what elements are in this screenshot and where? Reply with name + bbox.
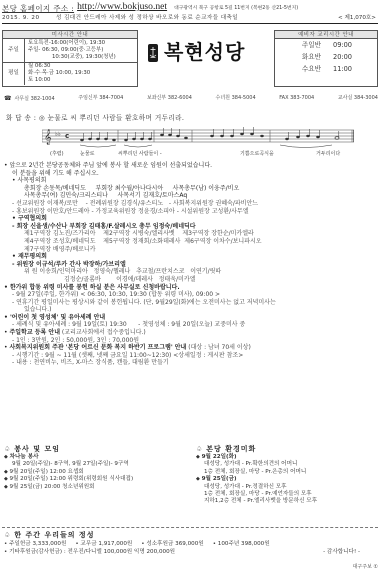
welfare-line: - 내용 : 천연비누, 비즈, X-마스 장식품, 캔들, 대림환 만들기	[4, 359, 378, 367]
mass-schedule-title: 미사시간 안내	[3, 31, 137, 39]
church-name: 복현성당	[164, 40, 245, 65]
pastoral-council-title: 사목평의회	[4, 177, 378, 185]
environment-date: 9월 25일(금)	[196, 476, 380, 483]
issue-date: 2015. 9. 20	[2, 15, 56, 22]
class-label: 수요반	[275, 65, 333, 73]
spade-icon: ♤	[4, 445, 11, 453]
environment-line: 대성당, 성가대 - Pr.확한의견의 어머니	[196, 461, 380, 468]
committee-line: - 선교위원장 이재복/로만 - 전례위원장 김경식/유스티노 - 사회복지위원…	[4, 200, 378, 208]
feast-title: 성 김대건 안드레아 사제와 성 정하상 바오로와 동료 순교자들 대축일	[56, 15, 338, 22]
thanks-text: - 감사합니다! -	[323, 548, 360, 556]
volunteer-section: ♤봉사 및 모임 차나눔 봉사 9월 20일(주일)- 8구역, 9월 27일(…	[4, 444, 190, 491]
lyric-fragment: 씨뿌리던 사람들이 -	[118, 151, 162, 157]
footer-publisher: 대구주보 ①	[353, 564, 378, 570]
lyric-fragment: 거두리이다	[316, 151, 340, 157]
mass-time-line: 10:30(교중), 19:30(청년)	[28, 54, 134, 61]
contact-item: FAX 383-7004	[279, 95, 314, 103]
church-logo-icon	[148, 44, 158, 62]
district-line: 제4구역장 조성호/베네딕도 제5구역장 정재회/소화데레사 제6구역장 이차수…	[4, 238, 378, 246]
mass-time-line: 토요특전-16:00(어린이), 19:30	[28, 40, 134, 47]
catechumen-title: 예비자 교리시간 안내	[275, 31, 377, 39]
homepage-url-link[interactable]: http://www.bokjuso.net	[77, 1, 167, 13]
offerings-section: ♤한 주간 우리들의 정성 • 주일헌금 3,333,000원• 교무금 1,9…	[4, 530, 378, 556]
notice-election: 앞으로 2년간 본당공동체와 주님 앞에 봉사 할 새로운 임원이 선출되었습니…	[4, 162, 378, 170]
catechumen-row: 주일반 09:00	[275, 39, 377, 51]
volunteer-item: 9월 20일(주일) 12:00 위령회(위령회원 식사대접)	[4, 476, 190, 483]
date-line: 2015. 9. 20 성 김대건 안드레아 사제와 성 정하상 바오로와 동료…	[2, 14, 378, 24]
volunteer-item: 9월 25일(금) 20:00 청소년위원회	[4, 484, 190, 491]
offerings-line: • 주일헌금 3,333,000원• 교무금 1,917,000원• 성소후원금…	[4, 540, 378, 548]
contact-bar: ☎사무실 382-1004 주임신부 384-7004 보좌신부 382-600…	[4, 95, 378, 103]
lyric-fragment: 눈물로	[80, 151, 95, 157]
homepage-label: 본당 홈페이지 주소 :	[2, 4, 74, 13]
svg-text:𝄞: 𝄞	[44, 130, 52, 145]
class-time: 11:00	[333, 65, 352, 73]
church-address: 대구광역시 북구 공항로 5길 11번지 (복현2동 산21-5번지)	[174, 6, 298, 13]
welfare-program-notice: 사회복지위원회 주관 '본당 어르신 문화 복지 하반기 프로그램' 안내 (대…	[4, 344, 378, 352]
class-time: 20:00	[333, 53, 352, 61]
council-members-line: 사목총무(여) 김민숙/크리스티나 사목서기 김재호/토마스Aq	[4, 192, 378, 200]
finance-council-title: 재무평의회	[4, 253, 378, 261]
class-label: 주일반	[275, 41, 333, 49]
catechumen-row: 수요반 11:00	[275, 63, 377, 75]
finance-members-line: 김정순/골롬바 이경애/데레사 정태욱/미카엘	[4, 276, 378, 284]
lyric-fragment: 기쁨으로곡식을	[240, 151, 274, 157]
contact-item: ☎사무실 382-1004	[4, 95, 55, 103]
class-label: 화요반	[275, 53, 333, 61]
contact-item: 수녀원 384-5004	[215, 95, 255, 103]
notice-line: 이 분들을 위해 기도 해 주십시오.	[4, 170, 378, 178]
homepage-line: 본당 홈페이지 주소 : http://www.bokjuso.net 대구광역…	[2, 1, 378, 13]
chuseok-line: - 연휴기간 평일미사는 평상시와 같이 봉헌됩니다. (단, 9월29일(화)…	[4, 299, 378, 307]
mass-row-label: 주일	[3, 39, 25, 62]
svg-text:c: c	[65, 132, 69, 140]
contact-item: 보좌신부 382-6004	[147, 95, 192, 103]
environment-line: 대성당, 성가대 - Pr.정결하신 모후	[196, 484, 380, 491]
section-divider	[2, 527, 378, 528]
environment-line: 지하1,2층 전체 - Pr.엘리사벳을 방문하신 모후	[196, 498, 380, 505]
mass-row-sunday: 주일 토요특전-16:00(어린이), 19:30 주일- 06:30, 09:…	[3, 39, 137, 63]
chuseok-notice-title: 한가위 합동 위령 미사를 봉헌 하실 분은 사무실로 신청바랍니다.	[4, 284, 378, 292]
mass-time-line: 토 10:00	[28, 77, 134, 84]
district-line: 제7구역장 배영주/베로니카	[4, 246, 378, 254]
environment-section: ♤본당 환경미화 9월 22일(화) 대성당, 성가대 - Pr.확한의견의 어…	[196, 444, 380, 506]
committee-line: - 홍보위원장 이만호/안드레아 - 가정교육위원장 정윤경/소피아 - 시설위…	[4, 208, 378, 216]
spade-icon: ♤	[4, 531, 11, 539]
environment-section-title: ♤본당 환경미화	[196, 444, 380, 454]
notices-section: 앞으로 2년간 본당공동체와 주님 앞에 봉사 할 새로운 임원이 선출되었습니…	[4, 162, 378, 367]
first-communion-line: - 세례식 및 유아세례 : 9월 19일(토) 19:30 - 첫영성체 : …	[4, 321, 378, 329]
svg-text:♭♭: ♭♭	[55, 131, 61, 138]
mass-time-line: 주일- 06:30, 09:00(중·고등부)	[28, 47, 134, 54]
music-score-image: 𝄞 ♭♭ c	[42, 124, 354, 152]
chuseok-line: - 9월 27일(주일, 한가위) < 06:30, 10:30, 19:30 …	[4, 291, 378, 299]
lyric-fragment: (후렴)	[50, 151, 64, 157]
contact-item: 주임신부 384-7004	[78, 95, 123, 103]
responsorial-psalm: 화 답 송 : ◎ 눈물로 씨 뿌리던 사람들 환호하며 거두리라.	[6, 114, 184, 122]
district-line: 제1구역장 김노진/즈가리아 제2구역장 시병숙/엘리사벳 제3구역장 장한순/…	[4, 230, 378, 238]
finance-members-line: 위 원 이송희/인덕마리아 정영숙/헬레나 추교철/프란치스코 이연기/릿따	[4, 268, 378, 276]
volunteer-section-title: ♤봉사 및 모임	[4, 444, 190, 454]
chuseok-line: 있습니다.)	[4, 306, 378, 314]
mass-schedule-box: 미사시간 안내 주일 토요특전-16:00(어린이), 19:30 주일- 06…	[2, 30, 138, 87]
catechumen-schedule-box: 예비자 교리시간 안내 주일반 09:00 화요반 20:00 수요반 11:0…	[274, 30, 378, 87]
issue-number: < 제1,070호>	[338, 15, 376, 22]
phone-icon: ☎	[4, 95, 11, 102]
offerings-line: • 기타후원금(감사헌금) : 전우진/다니엘 100,000원 익명 200,…	[4, 548, 378, 556]
contact-item: 교사실 384-3004	[338, 95, 378, 103]
class-time: 09:00	[333, 41, 352, 49]
volunteer-item-detail: 9월 20일(주일)- 8구역, 9월 27일(주일)- 9구역	[4, 461, 190, 468]
mass-row-weekday: 평일 월 06:30 화·수·목·금 10:00, 19:30 토 10:00	[3, 63, 137, 86]
district-council-title: 구역협의회	[4, 215, 378, 223]
spade-icon: ♤	[196, 445, 203, 453]
mass-row-label: 평일	[3, 63, 25, 86]
offerings-title: ♤한 주간 우리들의 정성	[4, 530, 378, 540]
sunday-school-notice: 주일학교 등록 안내 (교리교사회에서 접수중입니다.)	[4, 329, 378, 337]
catechumen-row: 화요반 20:00	[275, 51, 377, 63]
